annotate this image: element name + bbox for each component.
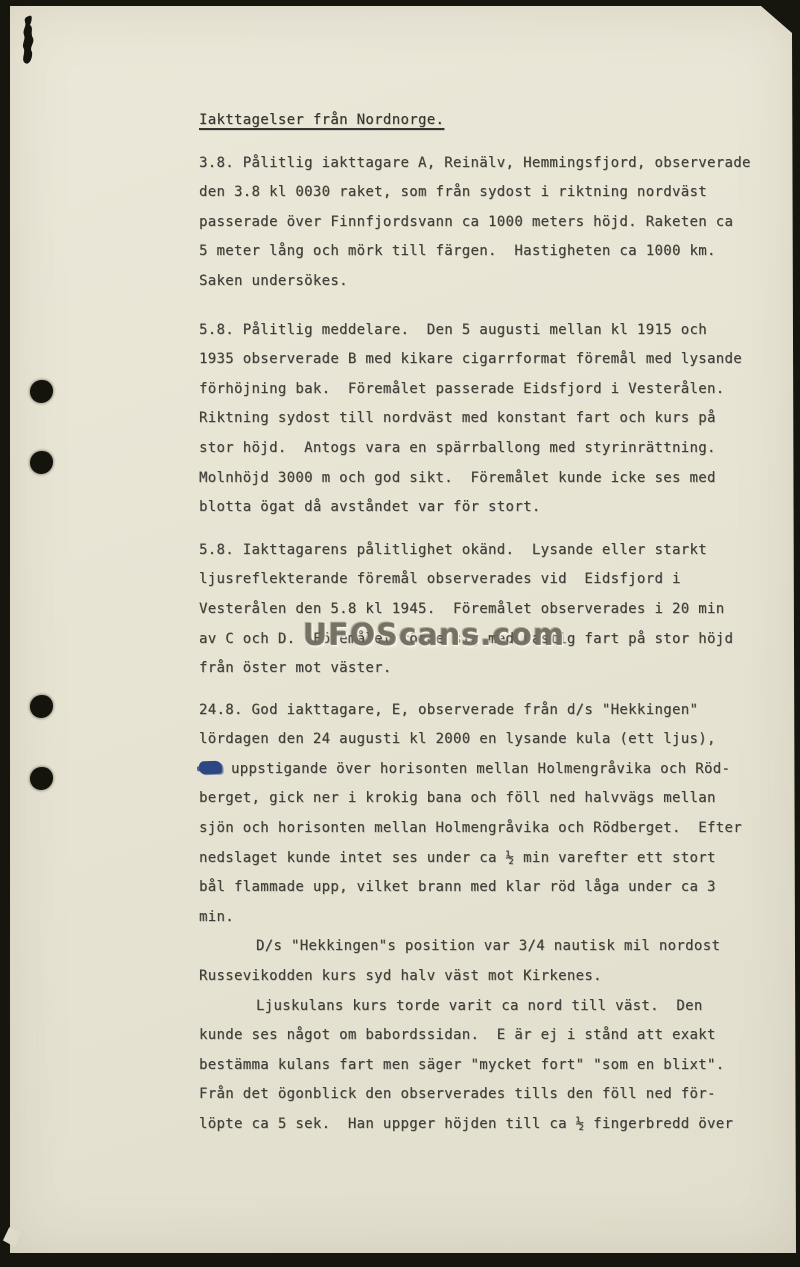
text-line: Ljuskulans kurs torde varit ca nord till… [199, 992, 781, 1022]
text-line: Från det ögonblick den observerades till… [199, 1080, 781, 1110]
scanned-page-background: Iakttagelser från Nordnorge. 3.8. Pålitl… [0, 0, 800, 1267]
paragraph-observation-5-8-second: 5.8. Iakttagarens pålitlighet okänd. Lys… [199, 536, 781, 684]
text-line: ljusreflekterande föremål observerades v… [199, 565, 781, 595]
text-line: löpte ca 5 sek. Han uppger höjden till c… [199, 1110, 781, 1140]
paragraph-observation-24-8: 24.8. God iakttagare, E, observerade frå… [199, 696, 781, 933]
paragraph-observation-5-8-first: 5.8. Pålitlig meddelare. Den 5 augusti m… [199, 316, 781, 523]
text-line: nedslaget kunde intet ses under ca ½ min… [199, 844, 781, 874]
text-line: Russevikodden kurs syd halv väst mot Kir… [199, 962, 781, 992]
text-line: Saken undersökes. [199, 267, 781, 297]
punch-hole [30, 451, 53, 474]
text-line: D/s "Hekkingen"s position var 3/4 nautis… [199, 932, 781, 962]
text-line: kunde ses något om babordssidan. E är ej… [199, 1021, 781, 1051]
text-line: blotta ögat då avståndet var för stort. [199, 493, 781, 523]
text-line: 5.8. Iakttagarens pålitlighet okänd. Lys… [199, 536, 781, 566]
corner-ink-mark [16, 14, 46, 74]
text-line: uppstigande över horisonten mellan Holme… [199, 755, 781, 785]
paragraph-ljuskulans-kurs: Ljuskulans kurs torde varit ca nord till… [199, 992, 781, 1140]
paragraph-observation-3-8: 3.8. Pålitlig iakttagare A, Reinälv, Hem… [199, 149, 781, 297]
text-line: lördagen den 24 augusti kl 2000 en lysan… [199, 725, 781, 755]
punch-hole [30, 767, 53, 790]
document-page: Iakttagelser från Nordnorge. 3.8. Pålitl… [10, 6, 796, 1253]
text-line: 5.8. Pålitlig meddelare. Den 5 augusti m… [199, 316, 781, 346]
text-line: Riktning sydost till nordväst med konsta… [199, 404, 781, 434]
text-line: 24.8. God iakttagare, E, observerade frå… [199, 696, 781, 726]
text-line: bestämma kulans fart men säger "mycket f… [199, 1051, 781, 1081]
text-line: Molnhöjd 3000 m och god sikt. Föremålet … [199, 464, 781, 494]
blue-ink-blot [199, 760, 222, 774]
paragraph-hekkingen-position: D/s "Hekkingen"s position var 3/4 nautis… [199, 932, 781, 991]
text-line: berget, gick ner i krokig bana och föll … [199, 784, 781, 814]
text-line: sjön och horisonten mellan Holmengråvika… [199, 814, 781, 844]
text-line: förhöjning bak. Föremålet passerade Eids… [199, 375, 781, 405]
document-title: Iakttagelser från Nordnorge. [199, 106, 781, 136]
text-line: passerade över Finnfjordsvann ca 1000 me… [199, 208, 781, 238]
text-line-text: uppstigande över horisonten mellan Holme… [231, 761, 730, 777]
text-line: 3.8. Pålitlig iakttagare A, Reinälv, Hem… [199, 149, 781, 179]
text-line: från öster mot väster. [199, 654, 781, 684]
punch-hole [30, 695, 53, 718]
text-line: den 3.8 kl 0030 raket, som från sydost i… [199, 178, 781, 208]
punch-hole [30, 380, 53, 403]
text-line: 1935 observerade B med kikare cigarrform… [199, 345, 781, 375]
text-line: bål flammade upp, vilket brann med klar … [199, 873, 781, 903]
text-line: min. [199, 903, 781, 933]
text-line: 5 meter lång och mörk till färgen. Hasti… [199, 237, 781, 267]
text-line: stor höjd. Antogs vara en spärrballong m… [199, 434, 781, 464]
watermark: UFOScans.com [303, 618, 565, 653]
